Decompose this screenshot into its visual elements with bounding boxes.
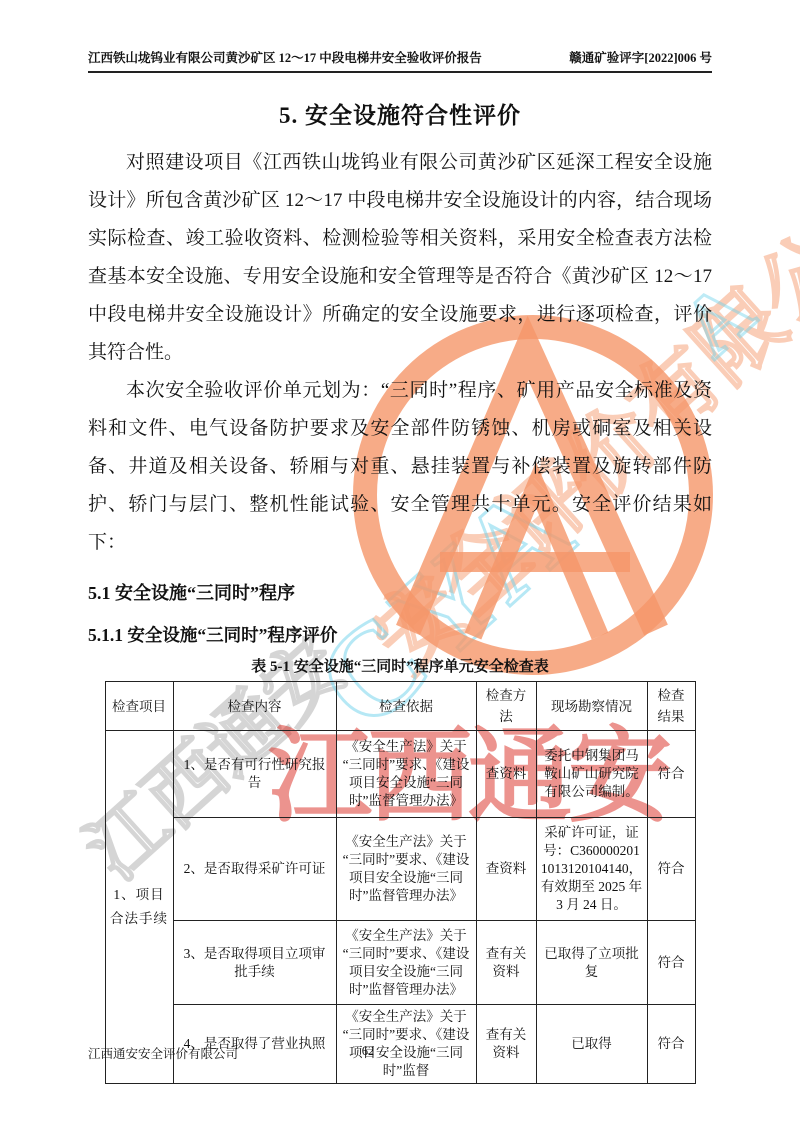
section-heading-5-1: 5.1 安全设施“三同时”程序 (88, 576, 712, 610)
table-row: 2、是否取得采矿许可证 《安全生产法》关于“三同时”要求、《建设项目安全设施“三… (105, 818, 695, 921)
header-doc-number: 赣通矿验评字[2022]006 号 (569, 48, 712, 66)
paragraph-2: 本次安全验收评价单元划为：“三同时”程序、矿用产品安全标准及资料和文件、电气设备… (88, 372, 712, 562)
page-content: 江西铁山垅钨业有限公司黄沙矿区 12～17 中段电梯井安全验收评价报告 赣通矿验… (0, 0, 800, 1084)
cell-check-method: 查资料 (476, 818, 536, 921)
table-header-row: 检查项目 检查内容 检查依据 检查方法 现场勘察情况 检查结果 (105, 682, 695, 731)
cell-check-content: 3、是否取得项目立项审批手续 (173, 921, 336, 1005)
cell-project-group: 1、项目合法手续 (105, 731, 173, 1084)
col-header-site-survey: 现场勘察情况 (536, 682, 647, 731)
cell-site-survey: 委托中钢集团马鞍山矿山研究院有限公司编制。 (536, 731, 647, 818)
cell-site-survey: 已取得了立项批复 (536, 921, 647, 1005)
col-header-check-item: 检查项目 (105, 682, 173, 731)
header-report-title: 江西铁山垅钨业有限公司黄沙矿区 12～17 中段电梯井安全验收评价报告 (88, 48, 482, 66)
cell-check-result: 符合 (647, 921, 695, 1005)
cell-check-method: 查有关资料 (476, 921, 536, 1005)
paragraph-1: 对照建设项目《江西铁山垅钨业有限公司黄沙矿区延深工程安全设施设计》所包含黄沙矿区… (88, 144, 712, 372)
cell-check-result: 符合 (647, 731, 695, 818)
chapter-title: 5. 安全设施符合性评价 (88, 97, 712, 130)
section-heading-5-1-1: 5.1.1 安全设施“三同时”程序评价 (88, 618, 712, 652)
table-row: 1、项目合法手续 1、是否有可行性研究报告 《安全生产法》关于“三同时”要求、《… (105, 731, 695, 818)
document-page: 江西通安 安全评价有限公司 CYA A 江西通安 江西铁山垅钨业有限公司黄沙矿区… (0, 0, 800, 1131)
safety-check-table: 检查项目 检查内容 检查依据 检查方法 现场勘察情况 检查结果 1、项目合法手续… (105, 681, 696, 1084)
col-header-check-content: 检查内容 (173, 682, 336, 731)
page-header: 江西铁山垅钨业有限公司黄沙矿区 12～17 中段电梯井安全验收评价报告 赣通矿验… (88, 48, 712, 73)
cell-check-method: 查资料 (476, 731, 536, 818)
cell-site-survey: 采矿许可证，证号：C3600002011013120104140，有效期至 20… (536, 818, 647, 921)
cell-check-result: 符合 (647, 818, 695, 921)
col-header-check-basis: 检查依据 (336, 682, 476, 731)
cell-check-basis: 《安全生产法》关于“三同时”要求、《建设项目安全设施“三同时”监督管理办法》 (336, 731, 476, 818)
table-caption: 表 5-1 安全设施“三同时”程序单元安全检查表 (88, 656, 712, 678)
cell-check-basis: 《安全生产法》关于“三同时”要求、《建设项目安全设施“三同时”监督管理办法》 (336, 921, 476, 1005)
table-row: 3、是否取得项目立项审批手续 《安全生产法》关于“三同时”要求、《建设项目安全设… (105, 921, 695, 1005)
page-footer: 江西通安安全评价有限公司 62 (88, 1044, 712, 1062)
cell-check-basis: 《安全生产法》关于“三同时”要求、《建设项目安全设施“三同时”监督管理办法》 (336, 818, 476, 921)
cell-check-content: 1、是否有可行性研究报告 (173, 731, 336, 818)
col-header-check-method: 检查方法 (476, 682, 536, 731)
col-header-check-result: 检查结果 (647, 682, 695, 731)
footer-page-number: 62 (88, 1044, 648, 1059)
cell-check-content: 2、是否取得采矿许可证 (173, 818, 336, 921)
